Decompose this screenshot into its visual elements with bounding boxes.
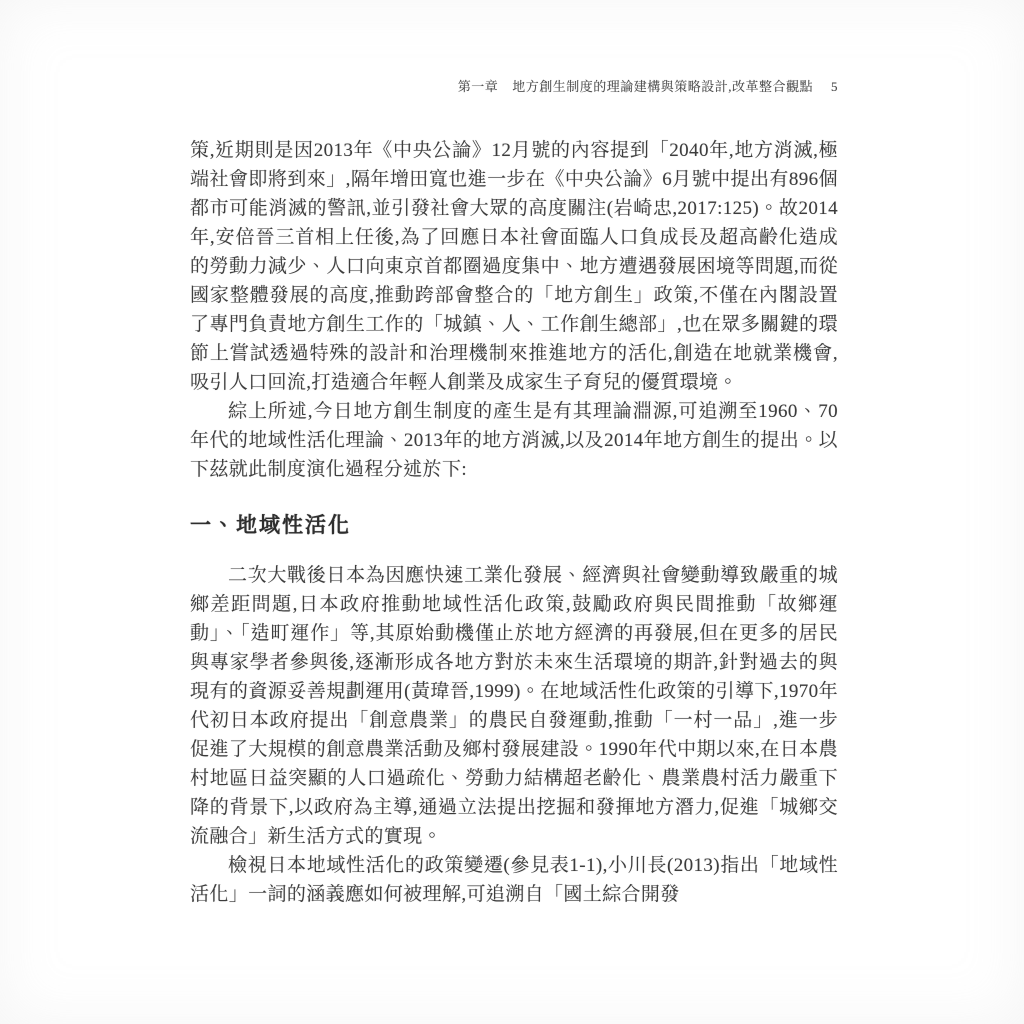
chapter-title: 地方創生制度的理論建構與策略設計,改革整合觀點: [512, 79, 813, 94]
book-page: 第一章地方創生制度的理論建構與策略設計,改革整合觀點5 策,近期則是因2013年…: [0, 0, 1024, 1024]
paragraph: 二次大戰後日本為因應快速工業化發展、經濟與社會變動導致嚴重的城鄉差距問題,日本政…: [190, 561, 838, 851]
running-header: 第一章地方創生制度的理論建構與策略設計,改革整合觀點5: [190, 76, 838, 95]
paragraph: 綜上所述,今日地方創生制度的產生是有其理論淵源,可追溯至1960、70年代的地域…: [190, 397, 838, 484]
page-body: 策,近期則是因2013年《中央公論》12月號的內容提到「2040年,地方消滅,極…: [190, 136, 838, 909]
paragraph-cut-off: 檢視日本地域性活化的政策變遷(參見表1-1),小川長(2013)指出「地域性活化…: [190, 851, 838, 909]
page-number: 5: [831, 79, 838, 94]
paragraph-continuation: 策,近期則是因2013年《中央公論》12月號的內容提到「2040年,地方消滅,極…: [190, 136, 838, 397]
section-heading: 一、地域性活化: [190, 511, 838, 540]
chapter-label: 第一章: [458, 79, 499, 94]
